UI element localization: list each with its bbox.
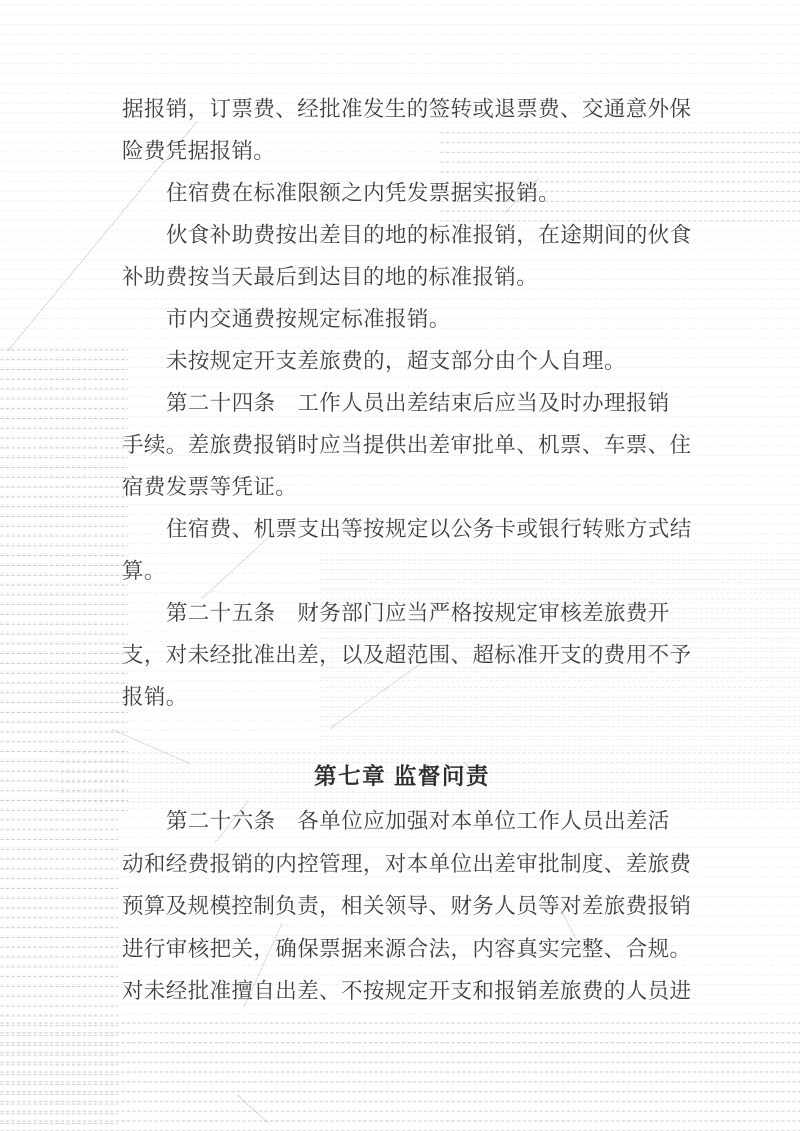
text-line: 算。: [122, 550, 700, 592]
text-line: 手续。差旅费报销时应当提供出差审批单、机票、车票、住: [122, 424, 700, 466]
text-line: 住宿费在标准限额之内凭发票据实报销。: [122, 172, 700, 214]
scan-texture-left-band-lower: [0, 815, 118, 1131]
text-line: 支，对未经批准出差，以及超范围、超标准开支的费用不予: [122, 634, 700, 676]
scan-artifact-line: [237, 1095, 267, 1123]
paragraph-block-1: 据报销，订票费、经批准发生的签转或退票费、交通意外保险费凭据报销。住宿费在标准限…: [122, 88, 700, 718]
text-line: 动和经费报销的内控管理，对本单位出差审批制度、差旅费: [122, 843, 700, 886]
text-line: 预算及规模控制负责，相关领导、财务人员等对差旅费报销: [122, 885, 700, 928]
text-line: 未按规定开支差旅费的，超支部分由个人自理。: [122, 340, 700, 382]
text-line: 伙食补助费按出差目的地的标准报销，在途期间的伙食: [122, 214, 700, 256]
text-line: 第二十五条 财务部门应当严格按规定审核差旅费开: [122, 592, 700, 634]
paragraph-block-2: 第二十六条 各单位应加强对本单位工作人员出差活动和经费报销的内控管理，对本单位出…: [122, 800, 700, 1013]
document-text-column: 据报销，订票费、经批准发生的签转或退票费、交通意外保险费凭据报销。住宿费在标准限…: [122, 88, 700, 1013]
chapter-heading: 第七章 监督问责: [113, 756, 691, 798]
document-page: 据报销，订票费、经批准发生的签转或退票费、交通意外保险费凭据报销。住宿费在标准限…: [0, 0, 800, 1131]
text-line: 险费凭据报销。: [122, 130, 700, 172]
text-line: 对未经批准擅自出差、不按规定开支和报销差旅费的人员进: [122, 970, 700, 1013]
text-line: 补助费按当天最后到达目的地的标准报销。: [122, 256, 700, 298]
text-line: 进行审核把关，确保票据来源合法，内容真实完整、合规。: [122, 928, 700, 971]
text-line: 第二十六条 各单位应加强对本单位工作人员出差活: [122, 800, 700, 843]
text-line: 第二十四条 工作人员出差结束后应当及时办理报销: [122, 382, 700, 424]
text-line: 住宿费、机票支出等按规定以公务卡或银行转账方式结: [122, 508, 700, 550]
scan-texture-bottom-band: [0, 1018, 800, 1131]
text-line: 宿费发票等凭证。: [122, 466, 700, 508]
text-line: 市内交通费按规定标准报销。: [122, 298, 700, 340]
text-line: 据报销，订票费、经批准发生的签转或退票费、交通意外保: [122, 88, 700, 130]
text-line: 报销。: [122, 676, 700, 718]
scan-texture-left-band: [0, 345, 128, 815]
